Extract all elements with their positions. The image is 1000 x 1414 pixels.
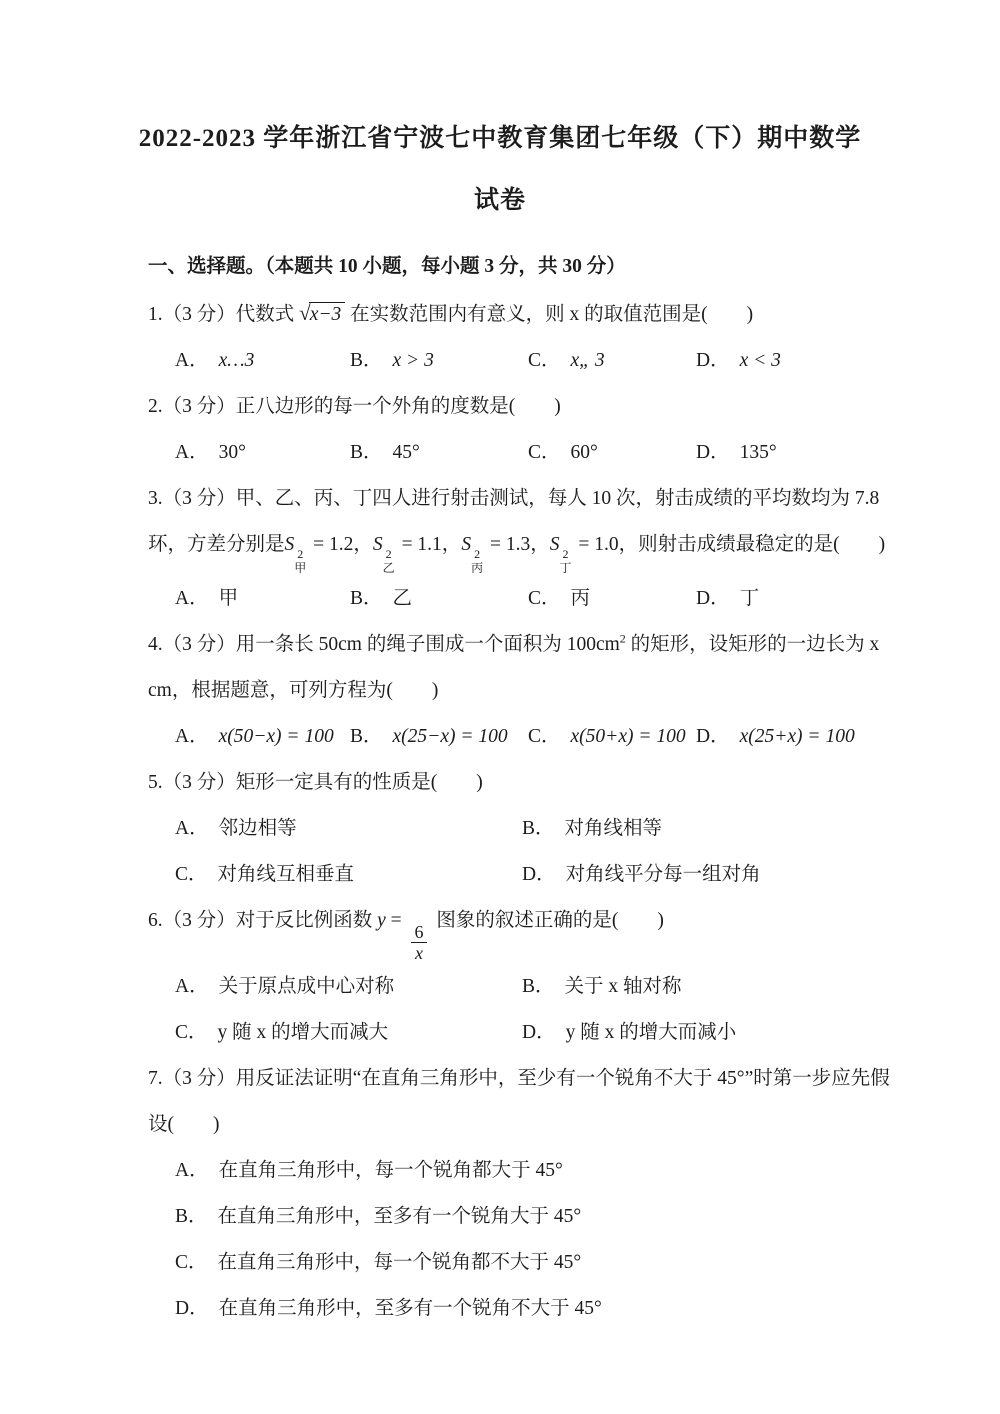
option-label: D． [696, 350, 730, 371]
exam-paper: 2022-2023 学年浙江省宁波七中教育集团七年级（下）期中数学 试卷 一、选… [0, 0, 1000, 1414]
option-d: D．在直角三角形中，至多有一个锐角不大于 45° [175, 1286, 908, 1332]
question-7-options: A．在直角三角形中，每一个锐角都大于 45° B．在直角三角形中，至多有一个锐角… [175, 1148, 908, 1332]
option-text: 邻边相等 [219, 818, 297, 839]
radicand: x−3 [309, 302, 346, 325]
stem-text: 1.（3 分）代数式 [148, 304, 294, 325]
term-superscript: 2 [562, 548, 568, 562]
option-d: D．对角线平分每一组对角 [522, 852, 908, 898]
option-label: C． [528, 726, 561, 747]
question-6: 6.（3 分）对于反比例函数 y = 6x 图象的叙述正确的是( ) A．关于原… [148, 898, 908, 1056]
option-c: C．y 随 x 的增大而减大 [175, 1010, 522, 1056]
option-label: D． [696, 588, 730, 609]
question-1-options: A．x…3 B．x > 3 C．x„ 3 D．x < 3 [175, 338, 908, 384]
option-text: 丙 [571, 588, 591, 609]
option-d: D．x < 3 [696, 338, 908, 384]
option-label: B． [350, 726, 383, 747]
option-label: B． [350, 350, 383, 371]
option-text: y 随 x 的增大而减小 [566, 1022, 737, 1043]
option-label: A． [175, 588, 209, 609]
question-6-options: A．关于原点成中心对称 B．关于 x 轴对称 C．y 随 x 的增大而减大 D．… [175, 964, 908, 1056]
question-5-options: A．邻边相等 B．对角线相等 C．对角线互相垂直 D．对角线平分每一组对角 [175, 806, 908, 898]
term-base: S [373, 534, 383, 555]
variance-term: S [373, 534, 383, 555]
question-2-stem: 2.（3 分）正八边形的每一个外角的度数是( ) [148, 384, 908, 430]
option-a: A．甲 [175, 576, 350, 622]
option-text: x…3 [219, 350, 255, 371]
option-c: C．对角线互相垂直 [175, 852, 522, 898]
page-title: 2022-2023 学年浙江省宁波七中教育集团七年级（下）期中数学 试卷 [0, 122, 1000, 218]
option-text: 关于原点成中心对称 [219, 976, 395, 997]
option-b: B．x(25−x) = 100 [350, 714, 528, 760]
variance-term: S [461, 534, 471, 555]
term-value: = 1.2， [308, 534, 373, 555]
option-text: 在直角三角形中，每一个锐角都不大于 45° [218, 1252, 582, 1273]
option-a: A．x…3 [175, 338, 350, 384]
option-label: A． [175, 1160, 209, 1181]
option-label: D． [696, 442, 730, 463]
option-label: B． [350, 442, 383, 463]
title-line-2: 试卷 [0, 184, 1000, 218]
option-c: C．x„ 3 [528, 338, 696, 384]
option-text: 对角线相等 [565, 818, 663, 839]
option-text: 45° [393, 442, 420, 463]
option-a: A．30° [175, 430, 350, 476]
option-text: 甲 [219, 588, 239, 609]
option-text: 丁 [740, 588, 760, 609]
option-label: C． [175, 864, 208, 885]
term-subscript: 甲 [294, 562, 306, 576]
option-label: A． [175, 350, 209, 371]
stem-text: 方差分别是 [187, 534, 285, 555]
option-label: B． [522, 818, 555, 839]
term-scripts: 2丁 [559, 548, 571, 576]
option-label: D． [175, 1298, 209, 1319]
stem-text: 根据题意，可列方程为( ) [191, 680, 438, 701]
term-superscript: 2 [474, 548, 480, 562]
option-label: C． [528, 350, 561, 371]
term-value: = 1.0， [573, 534, 638, 555]
option-text: 在直角三角形中，至多有一个锐角不大于 45° [219, 1298, 602, 1319]
fraction-denominator: x [411, 942, 427, 964]
term-value: = 1.1， [397, 534, 462, 555]
option-d: D．x(25+x) = 100 [696, 714, 908, 760]
option-text: 乙 [393, 588, 413, 609]
option-b: B．在直角三角形中，至多有一个锐角大于 45° [175, 1194, 908, 1240]
term-superscript: 2 [297, 548, 303, 562]
term-scripts: 2甲 [294, 548, 306, 576]
question-3: 3.（3 分）甲、乙、丙、丁四人进行射击测试，每人 10 次，射击成绩的平均数均… [148, 476, 908, 622]
fraction-numerator: 6 [411, 922, 428, 943]
option-a: A．在直角三角形中，每一个锐角都大于 45° [175, 1148, 908, 1194]
term-subscript: 丁 [559, 562, 571, 576]
option-text: 在直角三角形中，至多有一个锐角大于 45° [218, 1206, 582, 1227]
option-c: C．x(50+x) = 100 [528, 714, 696, 760]
term-superscript: 2 [386, 548, 392, 562]
option-text: 关于 x 轴对称 [565, 976, 682, 997]
option-label: C． [175, 1022, 208, 1043]
option-b: B．乙 [350, 576, 528, 622]
option-a: A．关于原点成中心对称 [175, 964, 522, 1010]
variance-term: S [550, 534, 560, 555]
term-value: = 1.3， [485, 534, 550, 555]
option-c: C．60° [528, 430, 696, 476]
question-5-stem: 5.（3 分）矩形一定具有的性质是( ) [148, 760, 908, 806]
option-b: B．45° [350, 430, 528, 476]
option-text: x(50−x) = 100 [219, 726, 334, 747]
option-a: A．x(50−x) = 100 [175, 714, 350, 760]
option-label: C． [528, 588, 561, 609]
option-text: x > 3 [393, 350, 434, 371]
option-d: D．y 随 x 的增大而减小 [522, 1010, 908, 1056]
question-2: 2.（3 分）正八边形的每一个外角的度数是( ) A．30° B．45° C．6… [148, 384, 908, 476]
option-b: B．x > 3 [350, 338, 528, 384]
term-base: S [550, 534, 560, 555]
option-d: D．135° [696, 430, 908, 476]
option-b: B．对角线相等 [522, 806, 908, 852]
question-4-stem: 4.（3 分）用一条长 50cm 的绳子围成一个面积为 100cm2 的矩形，设… [148, 622, 908, 714]
option-text: x < 3 [740, 350, 781, 371]
option-text: 对角线平分每一组对角 [566, 864, 761, 885]
stem-text: 在实数范围内有意义，则 x 的取值范围是( ) [350, 304, 753, 325]
title-line-1: 2022-2023 学年浙江省宁波七中教育集团七年级（下）期中数学 [0, 122, 1000, 156]
question-1: 1.（3 分）代数式 √x−3 在实数范围内有意义，则 x 的取值范围是( ) … [148, 290, 908, 384]
option-text: 在直角三角形中，每一个锐角都大于 45° [219, 1160, 563, 1181]
term-base: S [461, 534, 471, 555]
option-text: x„ 3 [571, 350, 605, 371]
function-variable: y [377, 910, 386, 931]
option-text: x(25−x) = 100 [393, 726, 508, 747]
question-1-stem: 1.（3 分）代数式 √x−3 在实数范围内有意义，则 x 的取值范围是( ) [148, 290, 908, 338]
option-text: 对角线互相垂直 [218, 864, 355, 885]
option-label: A． [175, 976, 209, 997]
option-label: D． [522, 864, 556, 885]
option-label: C． [528, 442, 561, 463]
option-label: A． [175, 818, 209, 839]
option-label: B． [522, 976, 555, 997]
option-text: 135° [740, 442, 777, 463]
option-text: 60° [571, 442, 598, 463]
option-label: C． [175, 1252, 208, 1273]
option-label: A． [175, 442, 209, 463]
option-d: D．丁 [696, 576, 908, 622]
stem-text: 则射击成绩最稳定的是( ) [638, 534, 885, 555]
sqrt-expression: √x−3 [299, 304, 345, 325]
option-text: x(25+x) = 100 [740, 726, 855, 747]
question-3-stem: 3.（3 分）甲、乙、丙、丁四人进行射击测试，每人 10 次，射击成绩的平均数均… [148, 476, 908, 576]
term-subscript: 丙 [471, 562, 483, 576]
option-b: B．关于 x 轴对称 [522, 964, 908, 1010]
option-label: D． [696, 726, 730, 747]
question-6-stem: 6.（3 分）对于反比例函数 y = 6x 图象的叙述正确的是( ) [148, 898, 908, 964]
option-c: C．在直角三角形中，每一个锐角都不大于 45° [175, 1240, 908, 1286]
question-3-options: A．甲 B．乙 C．丙 D．丁 [175, 576, 908, 622]
option-label: D． [522, 1022, 556, 1043]
variance-term: S [285, 534, 295, 555]
option-label: B． [350, 588, 383, 609]
question-7-stem: 7.（3 分）用反证法证明“在直角三角形中，至少有一个锐角不大于 45°”时第一… [148, 1056, 908, 1148]
stem-text: 6.（3 分）对于反比例函数 [148, 910, 377, 931]
term-subscript: 乙 [383, 562, 395, 576]
option-text: 30° [219, 442, 246, 463]
stem-text: 图象的叙述正确的是( ) [432, 910, 664, 931]
question-2-options: A．30° B．45° C．60° D．135° [175, 430, 908, 476]
fraction: 6x [411, 922, 428, 964]
option-label: B． [175, 1206, 208, 1227]
option-label: A． [175, 726, 209, 747]
stem-text: 4.（3 分）用一条长 50cm 的绳子围成一个面积为 100cm [148, 634, 620, 655]
paper-body: 一、选择题。（本题共 10 小题，每小题 3 分，共 30 分） 1.（3 分）… [0, 244, 1000, 1332]
option-text: x(50+x) = 100 [571, 726, 686, 747]
equals-sign: = [386, 910, 407, 931]
option-a: A．邻边相等 [175, 806, 522, 852]
question-7: 7.（3 分）用反证法证明“在直角三角形中，至少有一个锐角不大于 45°”时第一… [148, 1056, 908, 1332]
option-c: C．丙 [528, 576, 696, 622]
question-5: 5.（3 分）矩形一定具有的性质是( ) A．邻边相等 B．对角线相等 C．对角… [148, 760, 908, 898]
section-heading: 一、选择题。（本题共 10 小题，每小题 3 分，共 30 分） [148, 244, 908, 290]
option-text: y 随 x 的增大而减大 [218, 1022, 389, 1043]
term-scripts: 2乙 [383, 548, 395, 576]
term-scripts: 2丙 [471, 548, 483, 576]
term-base: S [285, 534, 295, 555]
question-4: 4.（3 分）用一条长 50cm 的绳子围成一个面积为 100cm2 的矩形，设… [148, 622, 908, 760]
question-4-options: A．x(50−x) = 100 B．x(25−x) = 100 C．x(50+x… [175, 714, 908, 760]
